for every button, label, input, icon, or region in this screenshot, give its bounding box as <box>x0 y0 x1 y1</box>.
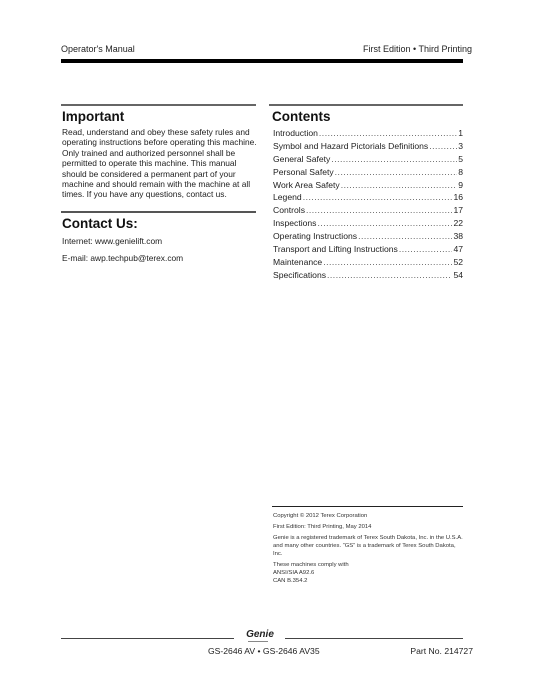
toc-leader-dots <box>358 230 452 243</box>
toc-entry[interactable]: Symbol and Hazard Pictorials Definitions… <box>273 140 463 153</box>
toc-entry-title: Symbol and Hazard Pictorials Definitions <box>273 140 428 153</box>
toc-entry[interactable]: Specifications54 <box>273 269 463 282</box>
toc-entry-page: 3 <box>458 140 463 153</box>
toc-entry-title: Transport and Lifting Instructions <box>273 243 398 256</box>
toc-entry[interactable]: Controls17 <box>273 204 463 217</box>
toc-entry[interactable]: Inspections22 <box>273 217 463 230</box>
trademark-notice: Genie is a registered trademark of Terex… <box>273 534 465 558</box>
toc-leader-dots <box>335 166 458 179</box>
toc-leader-dots <box>303 191 453 204</box>
toc-entry[interactable]: Personal Safety8 <box>273 166 463 179</box>
toc-entry-page: 47 <box>453 243 463 256</box>
table-of-contents: Introduction1Symbol and Hazard Pictorial… <box>273 127 463 282</box>
toc-entry-page: 16 <box>453 191 463 204</box>
contact-heading: Contact Us: <box>62 216 138 231</box>
footer-models: GS-2646 AV • GS-2646 AV35 <box>208 646 320 656</box>
toc-leader-dots <box>341 179 458 192</box>
important-rule <box>61 104 256 106</box>
contents-heading: Contents <box>272 109 331 124</box>
toc-entry-page: 5 <box>458 153 463 166</box>
toc-entry-title: Work Area Safety <box>273 179 340 192</box>
toc-entry-page: 9 <box>458 179 463 192</box>
toc-entry[interactable]: Introduction1 <box>273 127 463 140</box>
copyright-rule <box>272 506 463 507</box>
toc-entry[interactable]: Operating Instructions38 <box>273 230 463 243</box>
toc-entry-title: Legend <box>273 191 302 204</box>
genie-logo-underline <box>248 641 268 642</box>
contents-rule <box>269 104 463 106</box>
toc-leader-dots <box>319 127 457 140</box>
toc-entry-title: Introduction <box>273 127 318 140</box>
toc-entry-page: 52 <box>453 256 463 269</box>
toc-leader-dots <box>429 140 457 153</box>
toc-entry-title: Maintenance <box>273 256 322 269</box>
important-body: Read, understand and obey these safety r… <box>62 127 260 200</box>
toc-entry-title: Inspections <box>273 217 316 230</box>
toc-entry-title: Operating Instructions <box>273 230 357 243</box>
toc-leader-dots <box>323 256 452 269</box>
toc-leader-dots <box>327 269 452 282</box>
footer-rule-left <box>61 638 234 639</box>
running-header-title: Operator's Manual <box>61 44 135 54</box>
toc-leader-dots <box>399 243 453 256</box>
toc-leader-dots <box>306 204 452 217</box>
copyright-block: Copyright © 2012 Terex Corporation First… <box>273 512 465 585</box>
toc-entry-title: Specifications <box>273 269 326 282</box>
running-header-edition: First Edition • Third Printing <box>363 44 472 54</box>
contact-internet[interactable]: Internet: www.genielift.com <box>62 236 162 246</box>
toc-entry-page: 22 <box>453 217 463 230</box>
toc-entry[interactable]: Legend16 <box>273 191 463 204</box>
toc-entry-title: General Safety <box>273 153 330 166</box>
compliance-intro: These machines comply with <box>273 561 465 569</box>
edition-notice: First Edition: Third Printing, May 2014 <box>273 523 465 531</box>
toc-entry[interactable]: Transport and Lifting Instructions47 <box>273 243 463 256</box>
toc-entry-page: 38 <box>453 230 463 243</box>
toc-entry-page: 1 <box>458 127 463 140</box>
toc-entry-page: 17 <box>453 204 463 217</box>
toc-entry[interactable]: Maintenance52 <box>273 256 463 269</box>
header-rule <box>61 59 463 63</box>
compliance-ansi: ANSI/SIA A92.6 <box>273 569 465 577</box>
toc-entry[interactable]: Work Area Safety9 <box>273 179 463 192</box>
footer-rule-right <box>285 638 463 639</box>
contact-email[interactable]: E-mail: awp.techpub@terex.com <box>62 253 183 263</box>
footer-part-number: Part No. 214727 <box>410 646 473 656</box>
toc-leader-dots <box>317 217 452 230</box>
important-heading: Important <box>62 109 124 124</box>
toc-entry-page: 54 <box>453 269 463 282</box>
genie-logo: Genie <box>236 629 284 640</box>
compliance-can: CAN B.354.2 <box>273 577 465 585</box>
copyright-notice: Copyright © 2012 Terex Corporation <box>273 512 465 520</box>
toc-entry-title: Controls <box>273 204 305 217</box>
toc-entry[interactable]: General Safety5 <box>273 153 463 166</box>
toc-leader-dots <box>331 153 457 166</box>
toc-entry-page: 8 <box>458 166 463 179</box>
contact-rule <box>61 211 256 213</box>
toc-entry-title: Personal Safety <box>273 166 334 179</box>
